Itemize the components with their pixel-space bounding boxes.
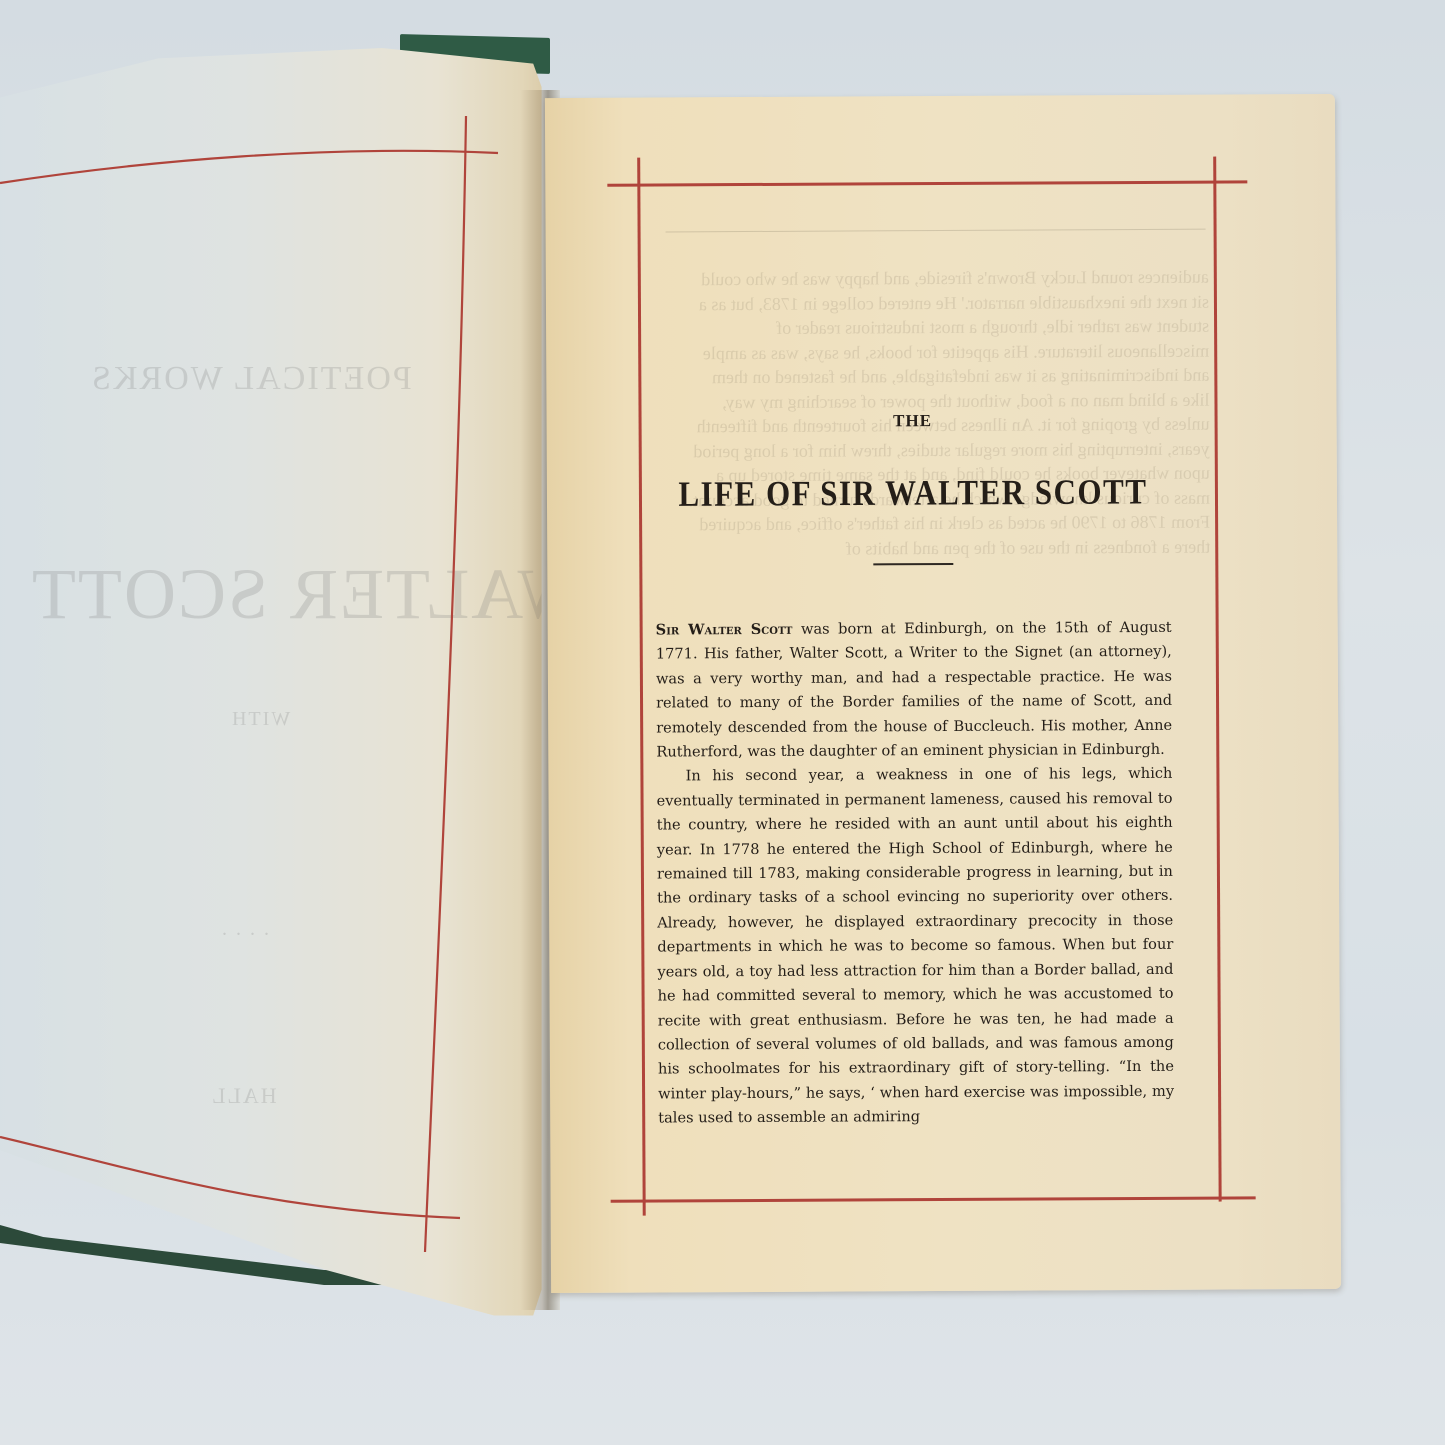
paragraph-1-text: was born at Edinburgh, on the 15th of Au… — [656, 619, 1172, 761]
border-rule-right — [1213, 157, 1221, 1202]
border-rule-top — [607, 180, 1247, 186]
right-page: audiences round Lucky Brown's fireside, … — [545, 94, 1341, 1293]
border-rule-left — [637, 158, 645, 1216]
border-rule-bottom — [611, 1196, 1256, 1202]
lead-in-small-caps: Sir Walter Scott — [656, 621, 793, 639]
show-through-header-line — [666, 229, 1206, 233]
chapter-content: THE LIFE OF SIR WALTER SCOTT Sir Walter … — [655, 410, 1175, 1131]
left-page-border-rules — [0, 0, 560, 1300]
title-divider — [873, 563, 953, 565]
photo-scene: POETICAL WORKS SIR WALTER SCOTT WITH . .… — [0, 0, 1445, 1445]
title-prefix: THE — [655, 410, 1171, 433]
paragraph-2: In his second year, a weakness in one of… — [656, 762, 1174, 1131]
body-text: Sir Walter Scott was born at Edinburgh, … — [656, 616, 1175, 1131]
chapter-title: LIFE OF SIR WALTER SCOTT — [655, 471, 1171, 515]
paragraph-1: Sir Walter Scott was born at Edinburgh, … — [656, 616, 1173, 765]
